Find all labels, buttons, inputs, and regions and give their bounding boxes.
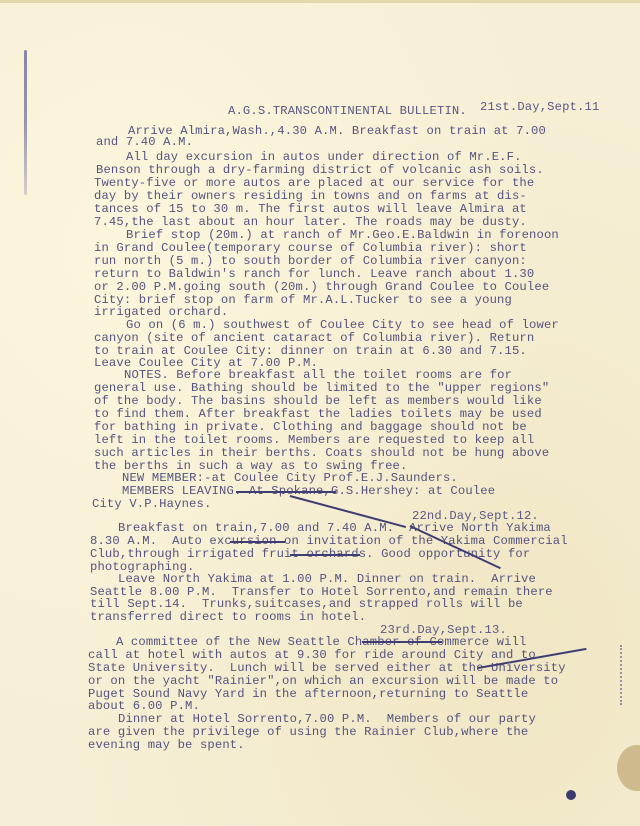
margin-ink-mark <box>24 50 27 195</box>
strikethrough-mark <box>236 491 336 493</box>
bulletin-title: A.G.S.TRANSCONTINENTAL BULLETIN. <box>228 105 467 118</box>
margin-dots <box>620 645 624 705</box>
day-heading-21: 21st.Day,Sept.11 <box>480 101 599 114</box>
ink-blot <box>566 790 576 800</box>
strikethrough-mark <box>230 541 285 543</box>
strikethrough-mark <box>290 554 360 556</box>
strikethrough-mark <box>362 641 442 643</box>
text-line: transferred direct to rooms in hotel. <box>90 611 366 624</box>
text-line: and 7.40 A.M. <box>96 136 193 149</box>
paper-edge <box>0 0 640 3</box>
paper-stain <box>617 745 640 791</box>
document-page: A.G.S.TRANSCONTINENTAL BULLETIN. 21st.Da… <box>0 0 640 826</box>
text-line: evening may be spent. <box>88 739 245 752</box>
text-line: City V.P.Haynes. <box>92 498 211 511</box>
